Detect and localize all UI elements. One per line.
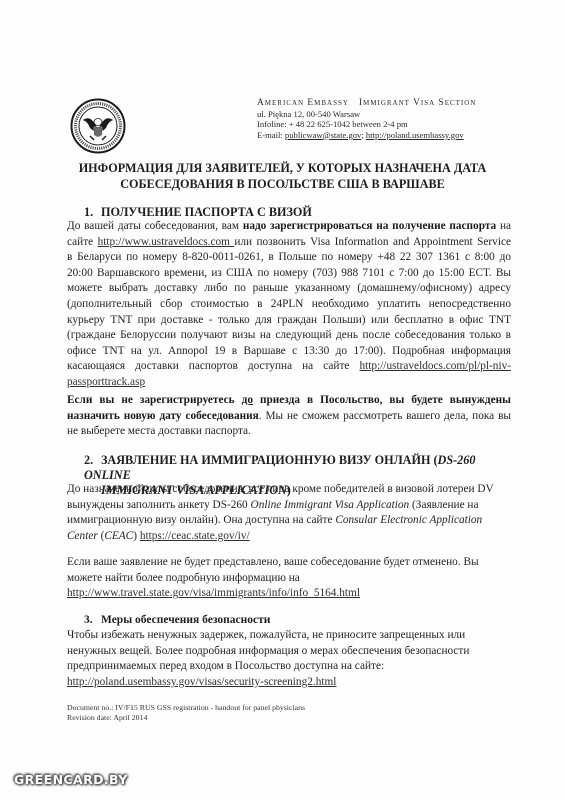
email-link[interactable]: publicwaw@state.gov: [285, 130, 361, 140]
section-2-paragraph-1: До назначенной даты собеседования, все л…: [67, 482, 511, 544]
passport-tracking-link-cont[interactable]: passporttrack.asp: [67, 376, 145, 388]
page-title: ИНФОРМАЦИЯ ДЛЯ ЗАЯВИТЕЛЕЙ, У КОТОРЫХ НАЗ…: [60, 161, 505, 192]
embassy-website-link[interactable]: http://poland.usembassy.gov: [366, 130, 464, 140]
embassy-contacts: E-mail: publicwaw@state.gov; http://pola…: [257, 130, 476, 141]
section-1-paragraph-1: До вашей даты собеседования, вам надо за…: [67, 219, 511, 391]
section-2-paragraph-2: Если ваше заявление не будет представлен…: [67, 555, 511, 602]
embassy-address: ul. Piękna 12, 00-540 Warsaw: [257, 109, 476, 120]
embassy-header: American EmbassyImmigrant Visa Section u…: [257, 98, 476, 140]
revision-date: Revision date: April 2014: [67, 713, 305, 723]
passport-tracking-link[interactable]: http://ustraveldocs.com/pl/pl-niv-: [359, 360, 511, 372]
security-screening-link[interactable]: http://poland.usembassy.gov/visas/securi…: [67, 676, 336, 688]
section-1-heading: 1.ПОЛУЧЕНИЕ ПАСПОРТА С ВИЗОЙ: [84, 205, 312, 220]
watermark: GREENCARD.BY: [14, 772, 128, 787]
ustraveldocs-link[interactable]: http://www.ustraveldocs.com: [98, 236, 235, 248]
ceac-link[interactable]: https://ceac.state.gov/iv/: [140, 530, 250, 542]
travel-state-gov-link[interactable]: http://www.travel.state.gov/visa/immigra…: [67, 587, 360, 599]
document-page: American EmbassyImmigrant Visa Section u…: [0, 0, 565, 800]
section-1-paragraph-2: Если вы не зарегистрируетесь до приезда …: [67, 393, 511, 440]
section-3-heading: 3.Меры обеспечения безопасности: [84, 613, 270, 628]
document-number: Document no.: IV/F15 RUS GSS registratio…: [67, 703, 305, 713]
document-footer: Document no.: IV/F15 RUS GSS registratio…: [67, 703, 305, 722]
embassy-infoline: Infoline: + 48 22 625-1042 between 2-4 p…: [257, 119, 476, 130]
embassy-name: American EmbassyImmigrant Visa Section: [257, 98, 476, 109]
section-3-paragraph: Чтобы избежать ненужных задержек, пожалу…: [67, 628, 511, 690]
us-department-of-state-seal-icon: [70, 98, 126, 154]
